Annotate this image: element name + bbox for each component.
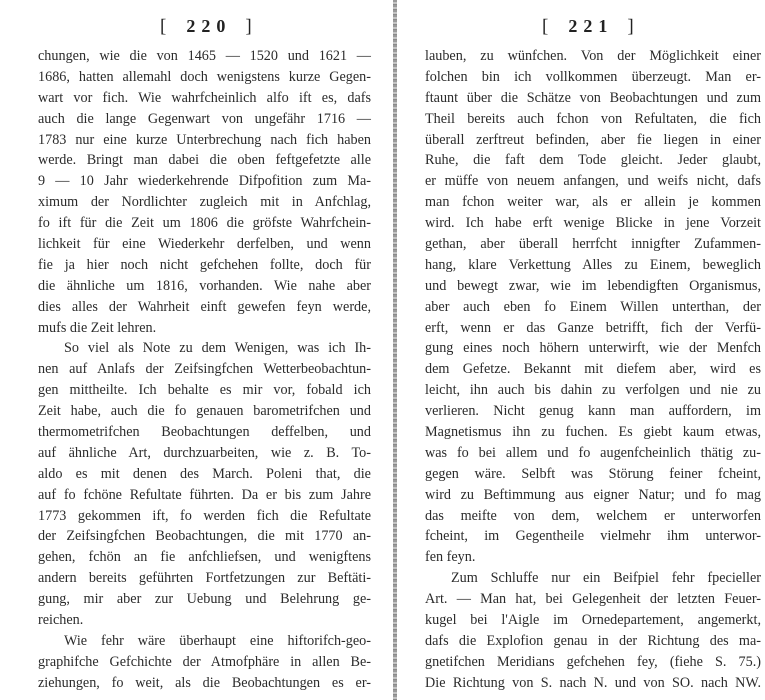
text-line: folchen bin ich vollkommen überzeugt. Ma…: [425, 67, 761, 88]
text-line: kugel bei l'Aigle im Ornedepartement, an…: [425, 610, 761, 631]
text-line: Zum Schluffe nur ein Beifpiel fehr fpeci…: [425, 568, 761, 589]
bracket-close: ]: [245, 16, 257, 37]
text-line: Zeit habe, auch die fo genauen barometri…: [38, 401, 371, 422]
text-line: Magnetismus ihn zu fuchen. Es giebt kaum…: [425, 422, 761, 443]
text-line: gethan, aber überall herrfcht innigfter …: [425, 234, 761, 255]
text-line: die ähnliche um 1816, vorhanden. Wie nah…: [38, 276, 371, 297]
text-line: gung, mir aber zur Uebung und Belehrung …: [38, 589, 371, 610]
text-line: reichen.: [38, 610, 371, 631]
text-line: auf fo fchöne Refultate führten. Da er b…: [38, 485, 371, 506]
text-line: gehen, fchön an fie anfchliefsen, und we…: [38, 547, 371, 568]
text-line: nen auf Anlafs der Zeifsingfchen Wetterb…: [38, 359, 371, 380]
text-line: was fo bei allem und fo augenfcheinlich …: [425, 443, 761, 464]
text-line: So viel als Note zu dem Wenigen, was ich…: [38, 338, 371, 359]
text-line: gen mittheilte. Ich behalte es mir vor, …: [38, 380, 371, 401]
text-line: hang, klare Verkettung Alles zu Einem, b…: [425, 255, 761, 276]
page-number: 221: [568, 16, 613, 36]
text-line: ximum der Nordlichter zugleich mit in An…: [38, 192, 371, 213]
text-block: lauben, zu wünfchen. Von der Möglichkeit…: [425, 46, 761, 694]
text-line: mufs die Zeit lehren.: [38, 318, 371, 339]
text-line: aber auch eben fo Einem Willen unterthan…: [425, 297, 761, 318]
page-number-header: [220]: [160, 16, 258, 38]
bracket-open: [: [160, 16, 172, 37]
text-line: lauben, zu wünfchen. Von der Möglichkeit…: [425, 46, 761, 67]
right-page: [221] lauben, zu wünfchen. Von der Mögli…: [397, 0, 765, 700]
text-line: chungen, wie die von 1465 — 1520 und 162…: [38, 46, 371, 67]
text-line: gung eines noch höhern unterwirft, wie d…: [425, 338, 761, 359]
text-block: chungen, wie die von 1465 — 1520 und 162…: [38, 46, 371, 694]
text-line: dem Gefetze. Bekannt mit diefem aber, wi…: [425, 359, 761, 380]
left-page: [220] chungen, wie die von 1465 — 1520 u…: [0, 0, 395, 700]
text-line: Art. — Man hat, bei Gelegenheit der letz…: [425, 589, 761, 610]
text-line: fcheint, im Gegentheile vielmehr ihm unt…: [425, 526, 761, 547]
text-line: fie ja hier noch nicht gefchehen follte,…: [38, 255, 371, 276]
text-line: wart vor fich. Wie wahrfcheinlich alfo i…: [38, 88, 371, 109]
text-line: Die Richtung von S. nach N. und von SO. …: [425, 673, 761, 694]
text-line: überall zerftreut befinden, aber fie lie…: [425, 130, 761, 151]
text-line: gnetifchen Meridians gefchehen fey, (fie…: [425, 652, 761, 673]
text-line: wird zu Beftimmung aus eigner Natur; und…: [425, 485, 761, 506]
text-line: wird. Ich habe erft wenige Blicke in jen…: [425, 213, 761, 234]
bracket-close: ]: [627, 16, 639, 37]
text-line: fen feyn.: [425, 547, 761, 568]
text-line: werde. Bringt man dabei die oben feftgef…: [38, 150, 371, 171]
text-line: man fchon weiter war, als er allein je k…: [425, 192, 761, 213]
text-line: 1783 nur eine kurze Unterbrechung nach f…: [38, 130, 371, 151]
text-line: fo ift für die Zeit um 1806 die gröfste …: [38, 213, 371, 234]
text-line: Ruhe, die faft dem Tode gleicht. Jeder g…: [425, 150, 761, 171]
text-line: leicht, ihn auch bis dahin zu verfolgen …: [425, 380, 761, 401]
page-number: 220: [186, 16, 231, 36]
text-line: andern bereits geführten Fortfetzungen z…: [38, 568, 371, 589]
text-line: aldo es mit denen des March. Poleni that…: [38, 464, 371, 485]
text-line: das meifte von dem, welchem er unterworf…: [425, 506, 761, 527]
text-line: dafs die Explofion genau in der Richtung…: [425, 631, 761, 652]
text-line: thermometrifchen Beobachtungen deffelben…: [38, 422, 371, 443]
text-line: 1773 gekommen ift, fo werden fich die Re…: [38, 506, 371, 527]
page-number-header: [221]: [542, 16, 640, 38]
text-line: Wie fehr wäre überhaupt eine hiftorifch-…: [38, 631, 371, 652]
text-line: und bewegt zwar, wie im lebendigften Org…: [425, 276, 761, 297]
text-line: 9 — 10 Jahr wiederkehrende Difpofition z…: [38, 171, 371, 192]
bracket-open: [: [542, 16, 554, 37]
text-line: ftaunt über die Schätze von Beobachtunge…: [425, 88, 761, 109]
text-line: graphifche Gefchichte der Atmofphäre in …: [38, 652, 371, 673]
text-line: Theil bereits auch fchon von Refultaten,…: [425, 109, 761, 130]
text-line: lichkeit für eine Wiederkehr derfelben, …: [38, 234, 371, 255]
text-line: auch die lange Gegenwart von ungefähr 17…: [38, 109, 371, 130]
text-line: dies alles der Wahrheit einft gewefen fe…: [38, 297, 371, 318]
text-line: er müffe von neuem anfangen, und weifs n…: [425, 171, 761, 192]
text-line: auf ähnliche Art, durchzuarbeiten, wie z…: [38, 443, 371, 464]
text-line: ziehungen, fo weit, als die Beobachtunge…: [38, 673, 371, 694]
text-line: gegen wäre. Selbft was Störung feiner fc…: [425, 464, 761, 485]
text-line: 1686, hatten allemahl doch wenigstens ku…: [38, 67, 371, 88]
book-spread: [220] chungen, wie die von 1465 — 1520 u…: [0, 0, 765, 700]
text-line: verlieren. Nicht genug kann man aufforde…: [425, 401, 761, 422]
text-line: erft, wenn er das Ganze betrifft, fich d…: [425, 318, 761, 339]
text-line: der Zeifsingfchen Beobachtungen, die mit…: [38, 526, 371, 547]
